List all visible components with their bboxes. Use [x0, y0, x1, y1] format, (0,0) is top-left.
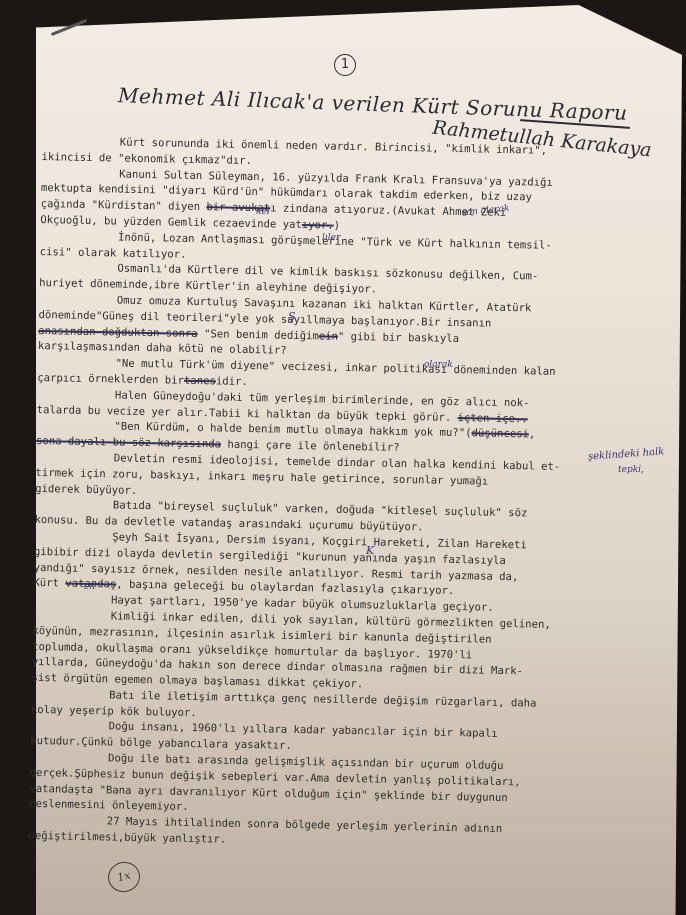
- margin-note-s: Ş: [288, 310, 296, 323]
- struck-text: ein: [319, 330, 338, 342]
- struck-text: düşüncesi: [471, 428, 529, 441]
- typed-body-text: Kürt sorununda iki önemli neden vardır. …: [28, 134, 662, 857]
- margin-note-tepki: tepki,: [618, 465, 644, 475]
- struck-text: anasından doğduktan sonra: [38, 325, 198, 340]
- margin-note-en: en: [84, 582, 95, 592]
- struck-text: ıyor.: [302, 219, 334, 232]
- margin-note-kel: kel: [256, 207, 270, 217]
- struck-text: içten içe..: [457, 412, 527, 425]
- page-number: 1: [334, 54, 356, 76]
- margin-note-olarak: olarak: [424, 360, 453, 370]
- margin-note-k: K: [366, 544, 374, 557]
- margin-note-liler: lıler: [322, 233, 340, 243]
- struck-text: sona dayalı bu söz karşısında: [36, 435, 221, 451]
- struck-text: tanes: [184, 375, 216, 388]
